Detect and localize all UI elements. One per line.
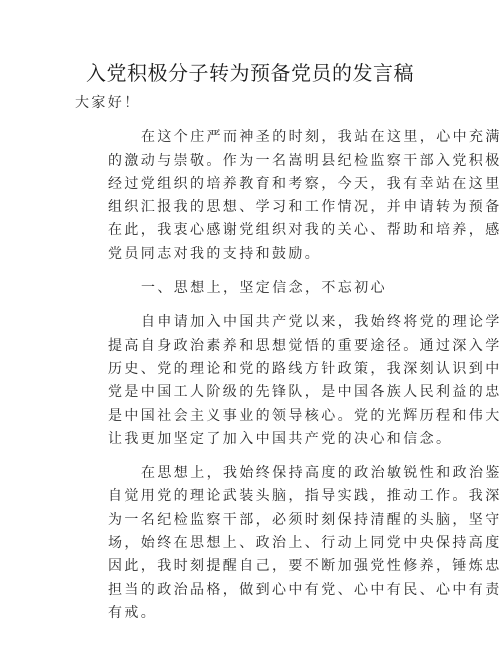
paragraph-intro: 在这个庄严而神圣的时刻，我站在这里，心中充满了无比 的激动与崇敬。作为一名嵩明县… <box>75 126 427 266</box>
text-line: 在思想上，我始终保持高度的政治敏锐性和政治鉴别力， <box>75 462 427 485</box>
text-line: 在这个庄严而神圣的时刻，我站在这里，心中充满了无比 <box>75 126 427 149</box>
section-heading: 一、思想上，坚定信念，不忘初心 <box>75 277 427 300</box>
document-body: 大家好！ 在这个庄严而神圣的时刻，我站在这里，心中充满了无比 的激动与崇敬。作为… <box>75 92 427 636</box>
text-line: 党是中国工人阶级的先锋队，是中国各族人民利益的忠实代表， <box>75 381 427 404</box>
text-line: 的激动与崇敬。作为一名嵩明县纪检监察干部入党积极分子， <box>75 150 427 173</box>
text-line: 自申请加入中国共产党以来，我始终将党的理论学习作为 <box>75 311 427 334</box>
text-line: 场，始终在思想上、政治上、行动上同党中央保持高度一致。 <box>75 532 427 555</box>
text-line: 自觉用党的理论武装头脑，指导实践，推动工作。我深知，作 <box>75 485 427 508</box>
paragraph-political-stance: 在思想上，我始终保持高度的政治敏锐性和政治鉴别力， 自觉用党的理论武装头脑，指导… <box>75 462 427 625</box>
document-page: 入党积极分子转为预备党员的发言稿 大家好！ 在这个庄严而神圣的时刻，我站在这里，… <box>0 0 500 647</box>
text-line: 在此，我衷心感谢党组织对我的关心、帮助和培养，感谢各位 <box>75 219 427 242</box>
text-line: 有戒。 <box>75 602 427 625</box>
text-line: 历史、党的理论和党的路线方针政策，我深刻认识到中国共产 <box>75 358 427 381</box>
text-line: 提高自身政治素养和思想觉悟的重要途径。通过深入学习党的 <box>75 335 427 358</box>
text-line: 让我更加坚定了加入中国共产党的决心和信念。 <box>75 428 427 451</box>
text-line: 党员同志对我的支持和鼓励。 <box>75 243 427 266</box>
text-line: 经过党组织的培养教育和考察，今天，我有幸站在这里，向党 <box>75 173 427 196</box>
paragraph-theory-study: 自申请加入中国共产党以来，我始终将党的理论学习作为 提高自身政治素养和思想觉悟的… <box>75 311 427 451</box>
greeting: 大家好！ <box>75 92 427 115</box>
text-line: 是中国社会主义事业的领导核心。党的光辉历程和伟大成就， <box>75 405 427 428</box>
text-line: 担当的政治品格，做到心中有党、心中有民、心中有责、心中 <box>75 579 427 602</box>
text-line: 为一名纪检监察干部，必须时刻保持清醒的头脑，坚守政治立 <box>75 509 427 532</box>
heading-line: 一、思想上，坚定信念，不忘初心 <box>75 277 427 300</box>
document-title: 入党积极分子转为预备党员的发言稿 <box>0 60 500 86</box>
text-line: 因此，我时刻提醒自己，要不断加强党性修养，锤炼忠诚干净 <box>75 555 427 578</box>
text-line: 组织汇报我的思想、学习和工作情况，并申请转为预备党员。 <box>75 196 427 219</box>
